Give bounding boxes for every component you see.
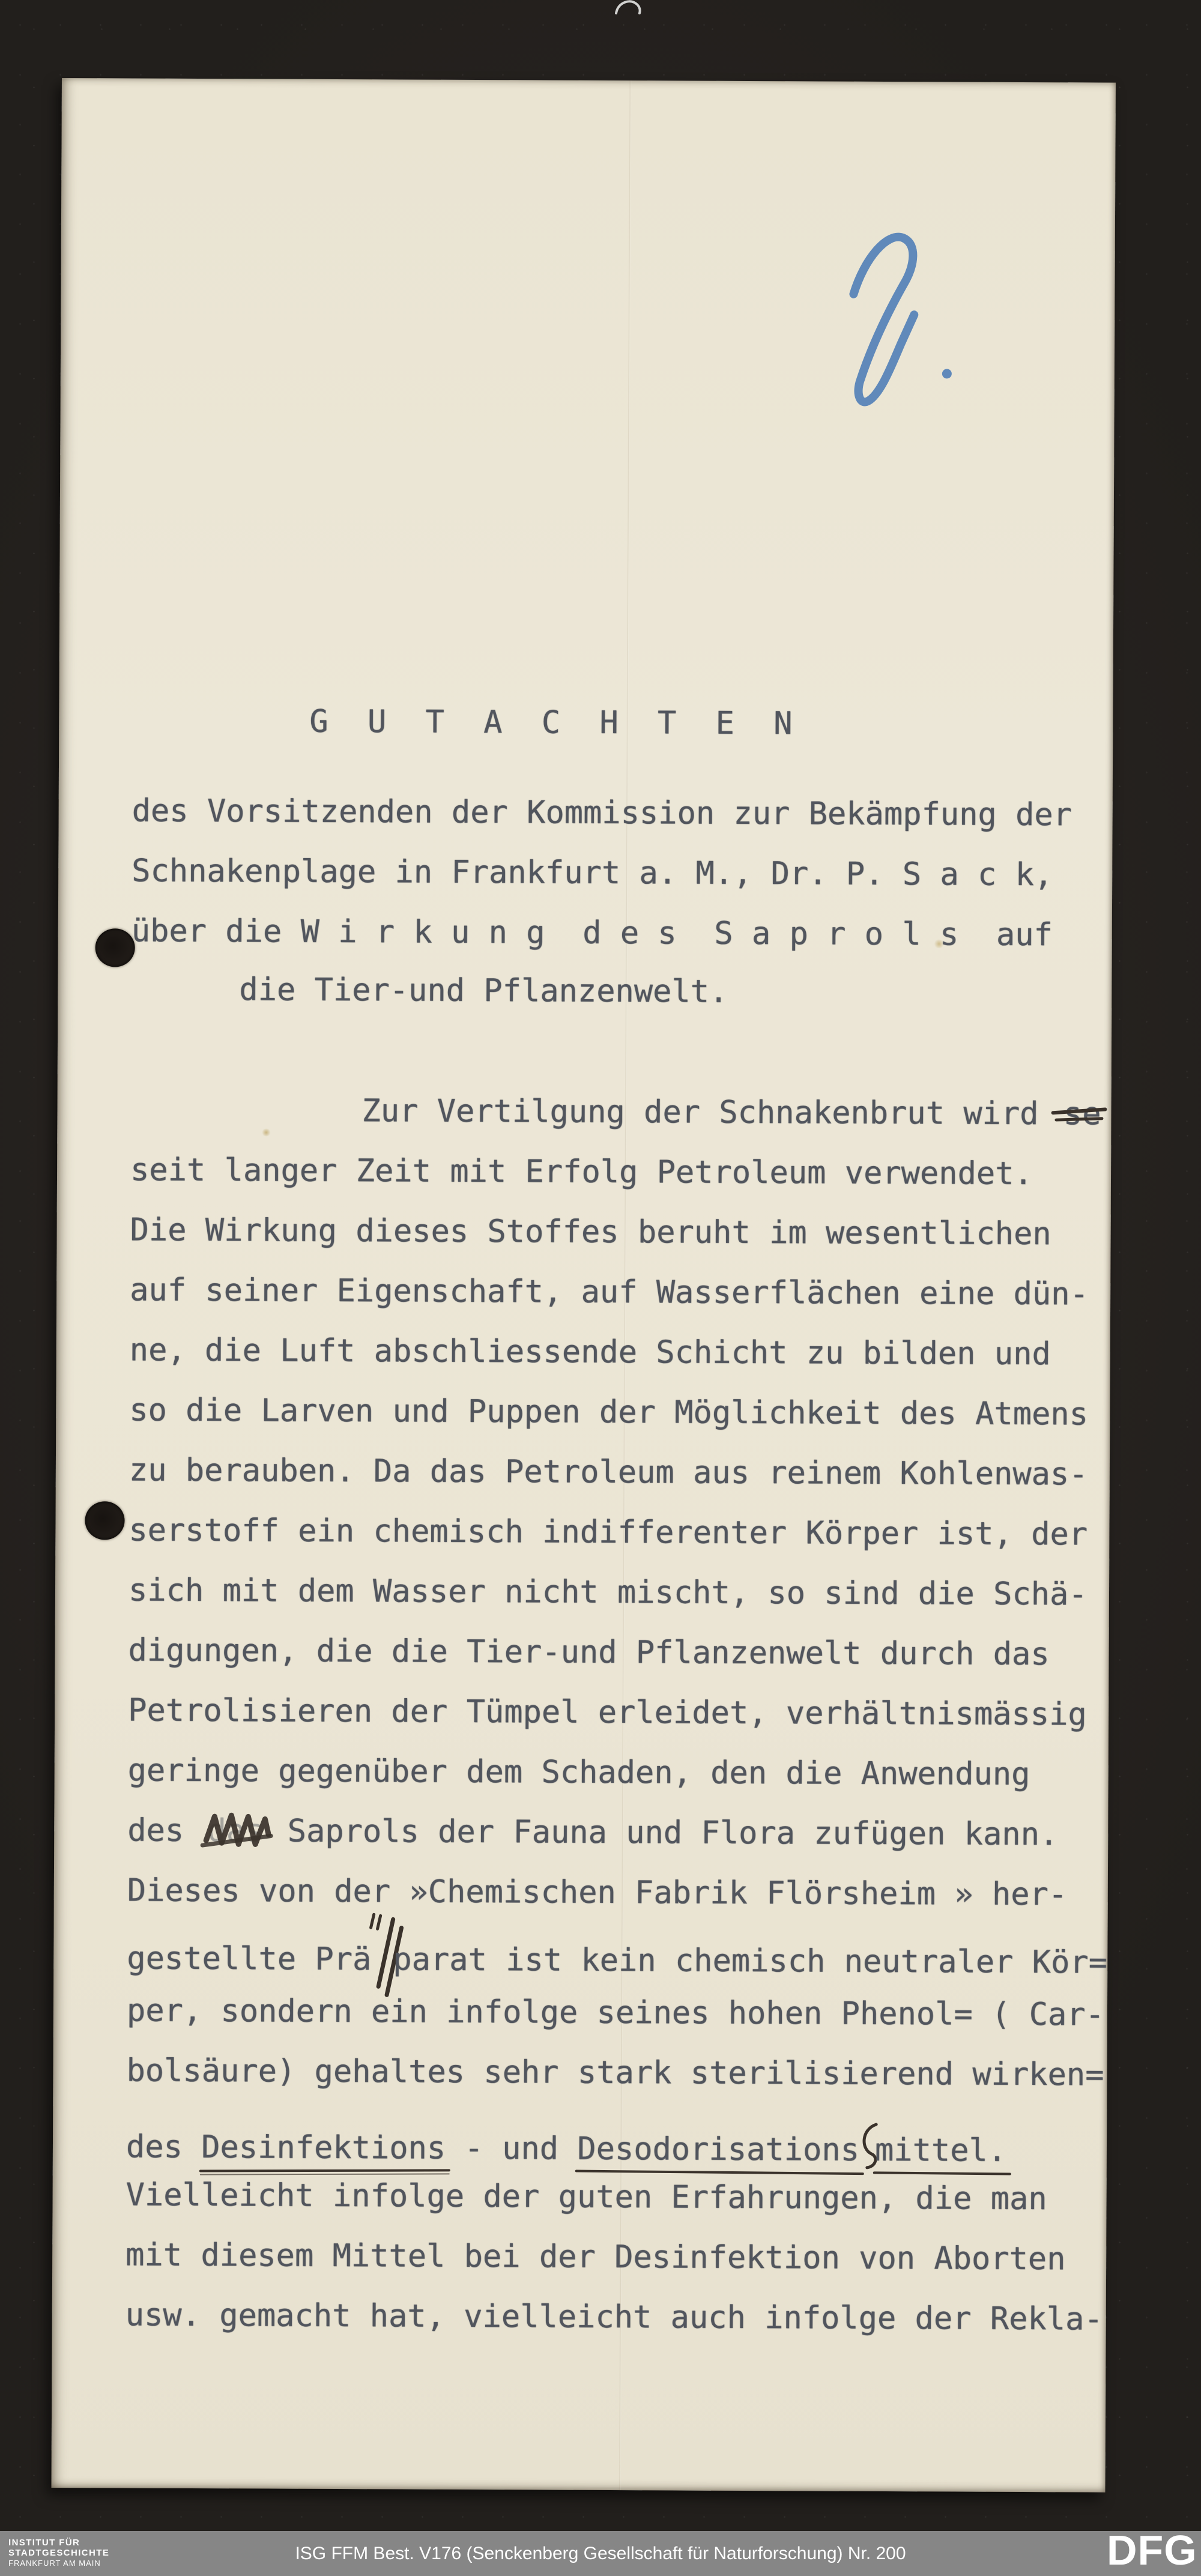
archive-info-bar: INSTITUT FÜR STADTGESCHICHTE FRANKFURT A… xyxy=(0,2531,1201,2576)
underline-mark: mittel. xyxy=(875,2132,1006,2169)
typewritten-text: sich mit dem Wasser nicht mischt, so sin… xyxy=(129,1573,1088,1613)
typewritten-text: Schnakenplage in Frankfurt a. M., Dr. P.… xyxy=(132,853,1053,893)
struck-mark: se xyxy=(1063,1096,1101,1132)
insert-loop-mark xyxy=(859,2124,875,2160)
top-edge-mark xyxy=(614,0,645,17)
text-line: über die W i r k u n g d e s S a p r o l… xyxy=(132,913,1053,954)
text-line: bolsäure) gehaltes sehr stark sterilisie… xyxy=(126,2053,1104,2093)
typewritten-text: per, sondern ein infolge seines hohen Ph… xyxy=(127,1993,1104,2033)
text-line: Zur Vertilgung der Schnakenbrut wird se xyxy=(362,1093,1101,1132)
document-title: G U T A C H T E N xyxy=(309,704,802,742)
underline-mark: Desodorisations xyxy=(577,2131,859,2168)
typewritten-text: so die Larven und Puppen der Möglichkeit… xyxy=(129,1392,1088,1433)
text-line: Dieses von der »Chemischen Fabrik Flörsh… xyxy=(127,1873,1068,1913)
typewritten-text: digungen, die die Tier-und Pflanzenwelt … xyxy=(128,1633,1049,1673)
typewritten-text: über die W i r k u n g d e s S a p r o l… xyxy=(132,913,1053,954)
text-line: des Desinfektions - und Desodorisationsm… xyxy=(126,2121,1006,2169)
typewritten-text: des xyxy=(126,2129,201,2165)
typewritten-text: ne, die Luft abschliessende Schicht zu b… xyxy=(130,1332,1051,1373)
typewritten-text: - und xyxy=(446,2130,577,2167)
text-layer: G U T A C H T E Ndes Vorsitzenden der Ko… xyxy=(51,78,1115,2493)
text-line: so die Larven und Puppen der Möglichkeit… xyxy=(129,1392,1088,1433)
text-line: serstoff ein chemisch indifferenter Körp… xyxy=(129,1513,1088,1553)
text-line: sich mit dem Wasser nicht mischt, so sin… xyxy=(129,1573,1088,1613)
typewritten-text: die Tier-und Pflanzenwelt. xyxy=(239,972,728,1010)
typewritten-text: mit diesem Mittel bei der Desinfektion v… xyxy=(126,2237,1066,2277)
text-line: des Vorsitzenden der Kommission zur Bekä… xyxy=(132,793,1072,833)
text-line: seit langer Zeit mit Erfolg Petroleum ve… xyxy=(130,1152,1033,1193)
typewritten-text: bolsäure) gehaltes sehr stark sterilisie… xyxy=(126,2053,1104,2093)
text-line: mit diesem Mittel bei der Desinfektion v… xyxy=(126,2237,1066,2277)
insert-slashes-mark xyxy=(371,1934,393,1970)
text-line: zu berauben. Da das Petroleum aus reinem… xyxy=(129,1453,1088,1493)
typewritten-text: des Vorsitzenden der Kommission zur Bekä… xyxy=(132,793,1072,833)
dfg-logo: DFG xyxy=(1107,2526,1197,2574)
text-line: Schnakenplage in Frankfurt a. M., Dr. P.… xyxy=(132,853,1053,893)
typewritten-text: Saprols der Fauna und Flora zufügen kann… xyxy=(268,1813,1058,1853)
typewritten-text: geringe gegenüber dem Schaden, den die A… xyxy=(128,1753,1030,1793)
text-line: Vielleicht infolge der guten Erfahrungen… xyxy=(126,2177,1047,2217)
typewritten-text: Petrolisieren der Tümpel erleidet, verhä… xyxy=(128,1693,1087,1733)
typewritten-text: usw. gemacht hat, vielleicht auch infolg… xyxy=(126,2297,1103,2337)
text-line: per, sondern ein infolge seines hohen Ph… xyxy=(127,1993,1104,2033)
typewritten-text: serstoff ein chemisch indifferenter Körp… xyxy=(129,1513,1088,1553)
typewritten-text: parat ist kein chemisch neutraler Kör= xyxy=(393,1941,1107,1980)
text-line: ne, die Luft abschliessende Schicht zu b… xyxy=(130,1332,1051,1373)
typewritten-text: des xyxy=(127,1813,202,1849)
text-line: auf seiner Eigenschaft, auf Wasserfläche… xyxy=(130,1272,1089,1313)
typewritten-text: Vielleicht infolge der guten Erfahrungen… xyxy=(126,2177,1047,2217)
text-line: usw. gemacht hat, vielleicht auch infolg… xyxy=(126,2297,1103,2337)
document-page: 2. G U T A C H T E Ndes Vorsitzenden der… xyxy=(51,78,1115,2493)
typewritten-text: Dieses von der »Chemischen Fabrik Flörsh… xyxy=(127,1873,1068,1913)
typewritten-text: G U T A C H T E N xyxy=(309,704,802,742)
underline-double-mark: Desinfektions xyxy=(201,2129,446,2166)
scribbled-mark: das xyxy=(207,1813,264,1849)
archive-reference: ISG FFM Best. V176 (Senckenberg Gesellsc… xyxy=(0,2544,1201,2564)
text-line: Petrolisieren der Tümpel erleidet, verhä… xyxy=(128,1693,1087,1733)
text-line: Die Wirkung dieses Stoffes beruht im wes… xyxy=(130,1212,1051,1253)
typewritten-text: seit langer Zeit mit Erfolg Petroleum ve… xyxy=(130,1152,1033,1193)
text-line: geringe gegenüber dem Schaden, den die A… xyxy=(128,1753,1030,1793)
text-line: die Tier-und Pflanzenwelt. xyxy=(239,972,728,1010)
typewritten-text: gestellte Prä xyxy=(127,1941,371,1978)
text-line: digungen, die die Tier-und Pflanzenwelt … xyxy=(128,1633,1049,1673)
typewritten-text: Zur Vertilgung der Schnakenbrut wird xyxy=(362,1093,1057,1132)
text-line: gestellte Präparat ist kein chemisch neu… xyxy=(127,1933,1107,1981)
typewritten-text: zu berauben. Da das Petroleum aus reinem… xyxy=(129,1453,1088,1493)
typewritten-text: auf seiner Eigenschaft, auf Wasserfläche… xyxy=(130,1272,1089,1313)
typewritten-text: Die Wirkung dieses Stoffes beruht im wes… xyxy=(130,1212,1051,1253)
text-line: des das Saprols der Fauna und Flora zufü… xyxy=(127,1813,1058,1853)
